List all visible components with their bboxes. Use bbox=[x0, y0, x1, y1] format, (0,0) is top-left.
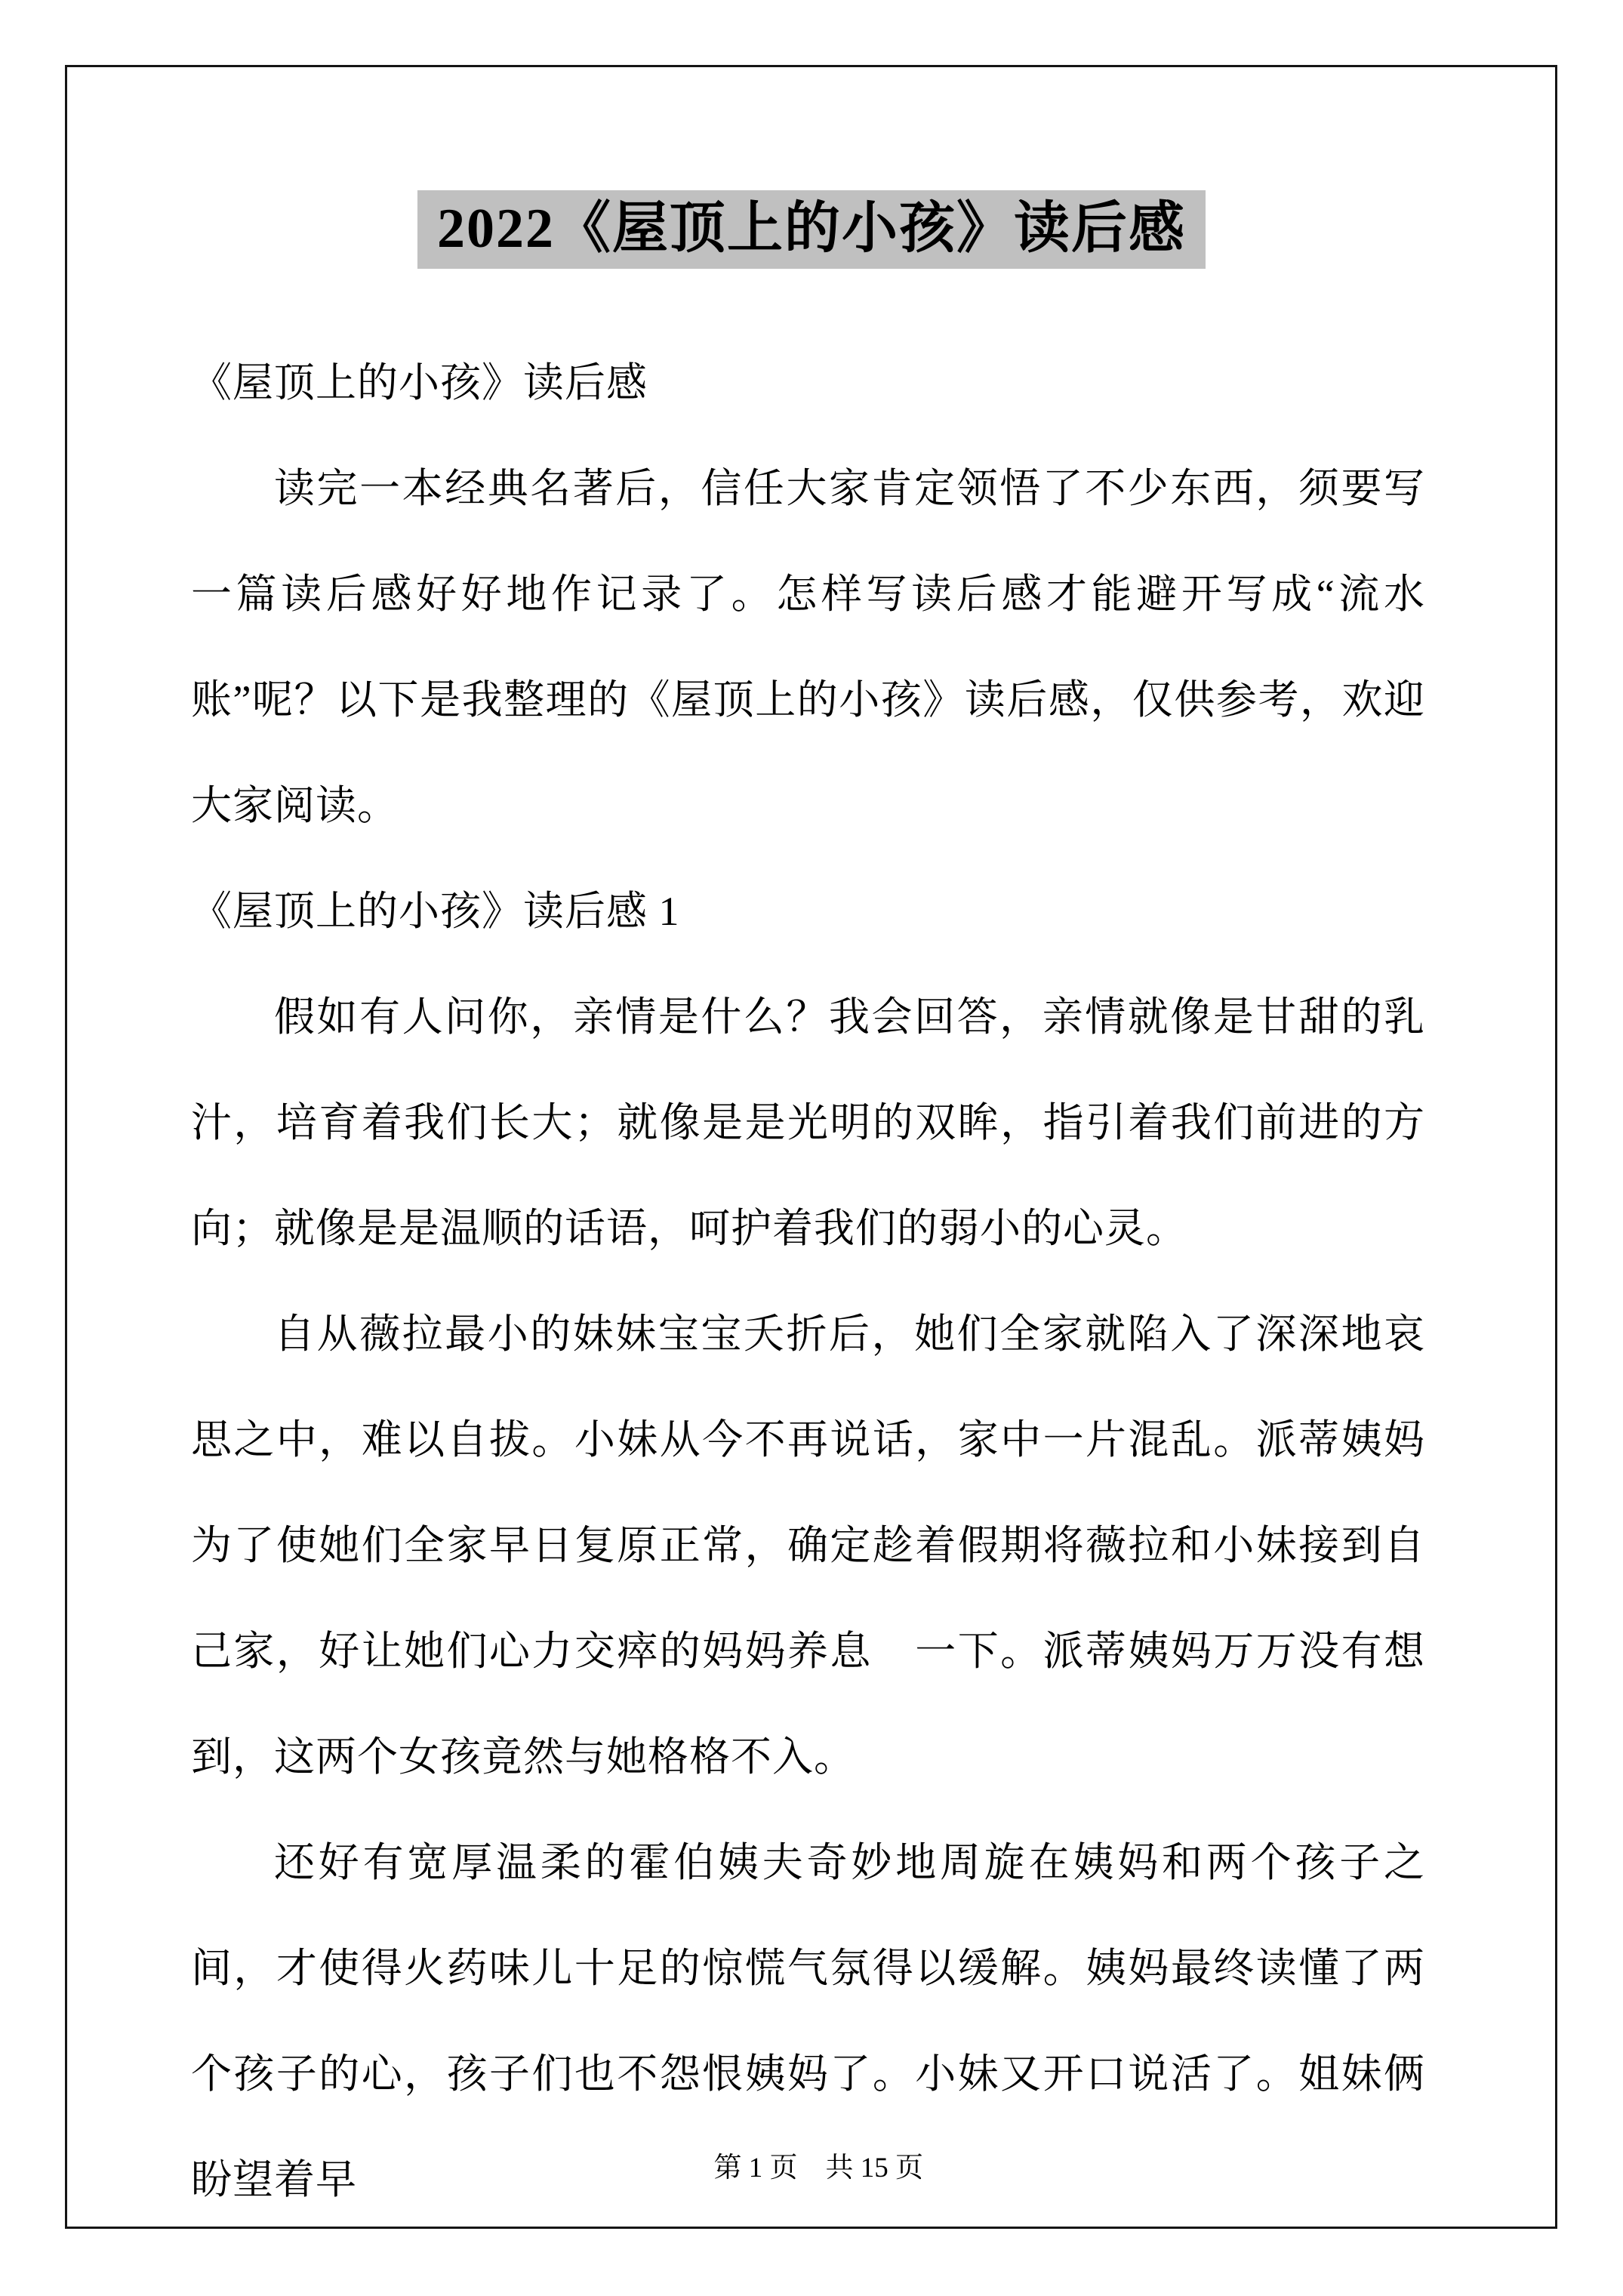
title-highlight: 2022《屋顶上的小孩》读后感 bbox=[417, 190, 1206, 269]
page-number: 第 1 页 共 15 页 bbox=[714, 2153, 924, 2184]
paragraph: 假如有人问你，亲情是什么？我会回答，亲情就像是甘甜的乳汁，培育着我们长大；就像是… bbox=[191, 964, 1425, 1281]
page-footer: 第 1 页 共 15 页 bbox=[0, 2119, 1623, 2185]
document-body: 《屋顶上的小孩》读后感 读完一本经典名著后，信任大家肯定领悟了不少东西，须要写一… bbox=[191, 330, 1425, 2233]
paragraph: 读完一本经典名著后，信任大家肯定领悟了不少东西，须要写一篇读后感好好地作记录了。… bbox=[191, 436, 1425, 858]
paragraph: 自从薇拉最小的妹妹宝宝夭折后，她们全家就陷入了深深地哀思之中，难以自拔。小妹从今… bbox=[191, 1281, 1425, 1810]
paragraph: 《屋顶上的小孩》读后感 bbox=[191, 330, 1425, 436]
title-row: 2022《屋顶上的小孩》读后感 bbox=[0, 190, 1623, 269]
paragraph: 《屋顶上的小孩》读后感 1 bbox=[191, 858, 1425, 964]
page-title: 2022《屋顶上的小孩》读后感 bbox=[437, 198, 1186, 260]
